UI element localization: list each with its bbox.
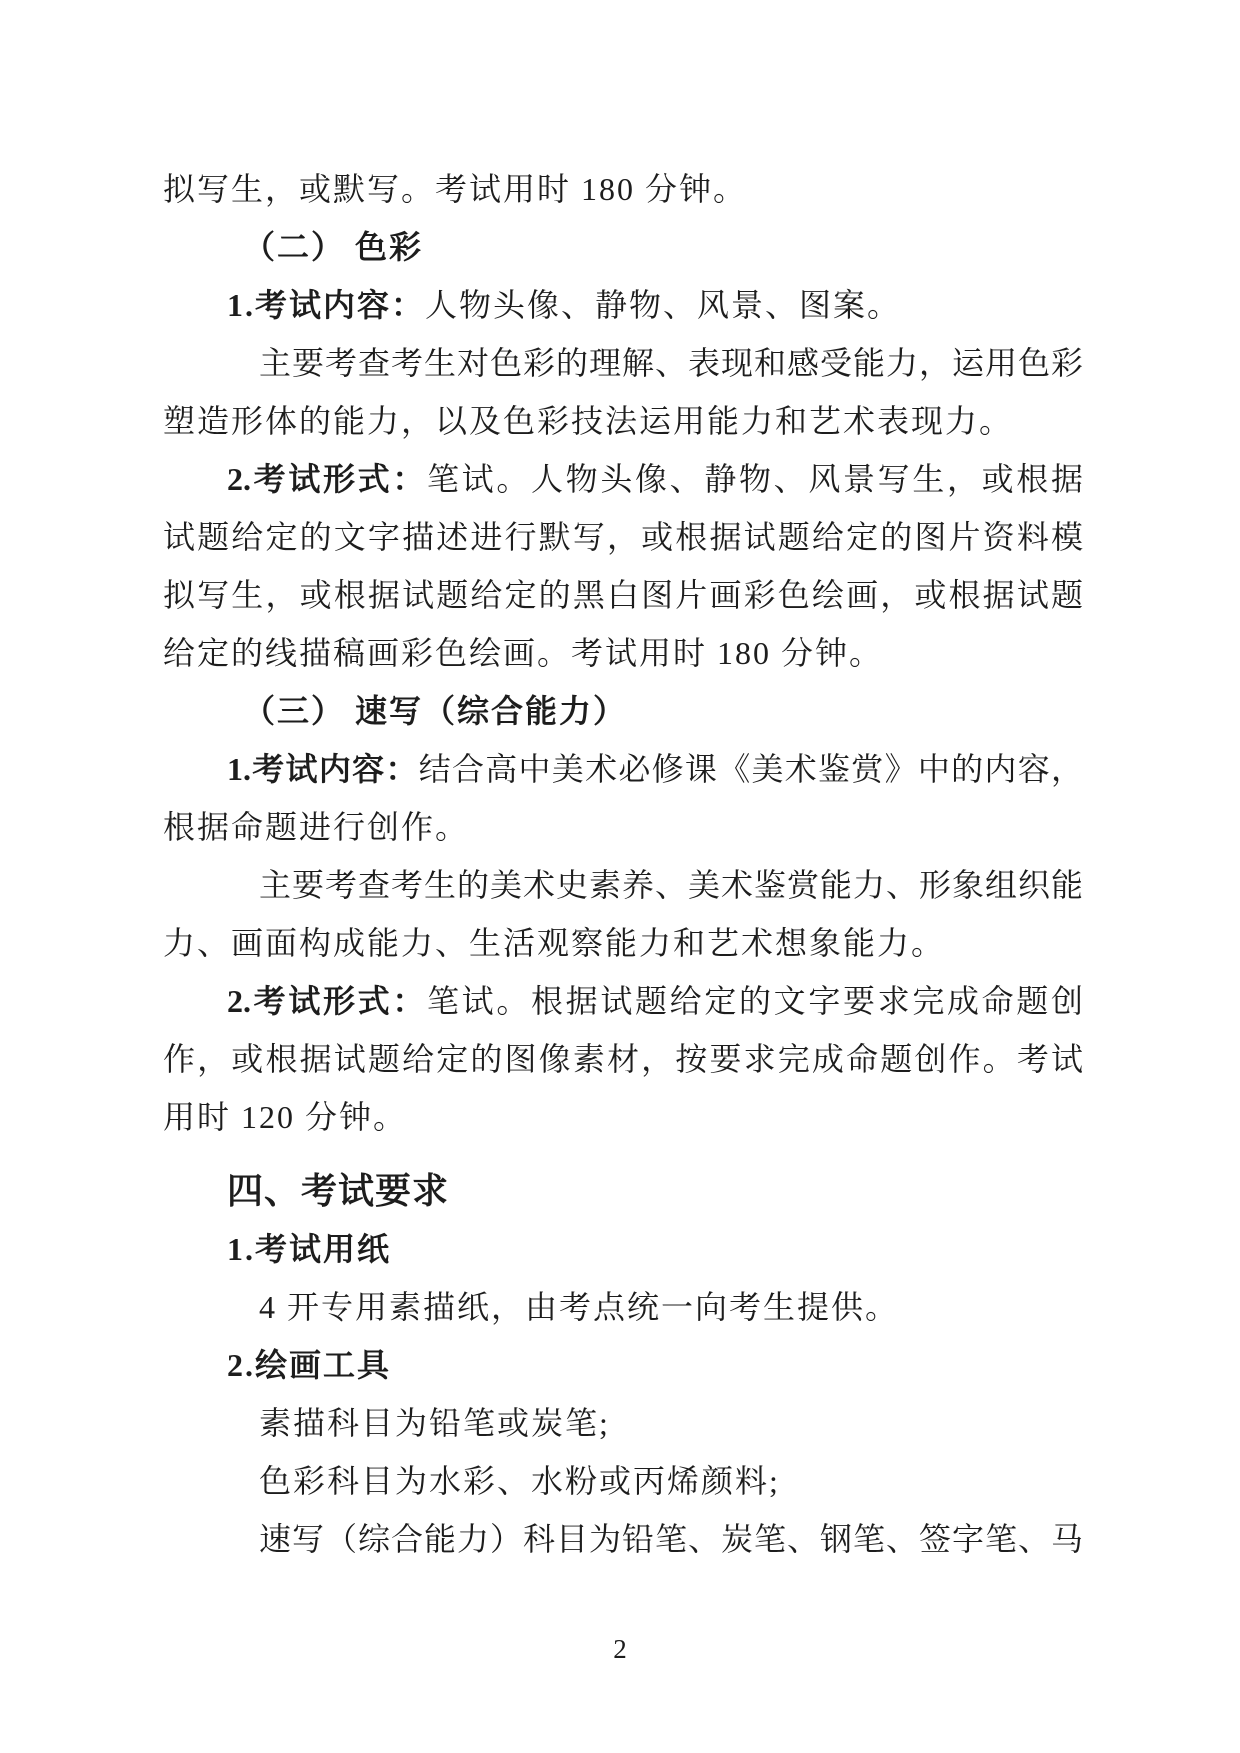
para-color-content: 1.考试内容：人物头像、静物、风景、图案。 (163, 276, 1083, 334)
heading-text: （三） 速写（综合能力） (243, 693, 627, 729)
page-number: 2 (0, 1634, 1240, 1665)
heading-text: 四、考试要求 (227, 1170, 449, 1211)
subheading-drawing-tools: 2.绘画工具 (163, 1336, 1083, 1394)
document-page: 拟写生，或默写。考试用时 180 分钟。 （二） 色彩 1.考试内容：人物头像、… (0, 0, 1240, 1753)
para-color-focus-line1: 主要考查考生对色彩的理解、表现和感受能力，运用色彩 (163, 334, 1083, 392)
line-text: 素描科目为铅笔或炭笔; (259, 1405, 610, 1441)
line-text: 塑造形体的能力，以及色彩技法运用能力和艺术表现力。 (163, 403, 1013, 439)
line-text: 笔试。人物头像、静物、风景写生，或根据 (427, 461, 1083, 497)
para-color-form-line4: 给定的线描稿画彩色绘画。考试用时 180 分钟。 (163, 624, 1083, 682)
para-sketch-focus-line2: 力、画面构成能力、生活观察能力和艺术想象能力。 (163, 914, 1083, 972)
run-in-label: 1.考试内容： (227, 287, 425, 323)
para-sumiao-form-cont: 拟写生，或默写。考试用时 180 分钟。 (163, 160, 1083, 218)
para-sketch-form-line1: 2.考试形式：笔试。根据试题给定的文字要求完成命题创 (163, 972, 1083, 1030)
para-sketch-focus-line1: 主要考查考生的美术史素养、美术鉴赏能力、形象组织能 (163, 856, 1083, 914)
line-text: 拟写生，或根据试题给定的黑白图片画彩色绘画，或根据试题 (163, 577, 1083, 613)
para-color-focus-line2: 塑造形体的能力，以及色彩技法运用能力和艺术表现力。 (163, 392, 1083, 450)
line-text: 人物头像、静物、风景、图案。 (425, 287, 901, 323)
line-text: 力、画面构成能力、生活观察能力和艺术想象能力。 (163, 925, 945, 961)
heading-text: （二） 色彩 (243, 229, 423, 265)
para-color-form-line2: 试题给定的文字描述进行默写，或根据试题给定的图片资料模 (163, 508, 1083, 566)
para-sketch-form-line3: 用时 120 分钟。 (163, 1088, 1083, 1146)
run-in-label: 1.考试内容： (227, 751, 419, 787)
line-text: 试题给定的文字描述进行默写，或根据试题给定的图片资料模 (163, 519, 1083, 555)
line-text: 4 开专用素描纸，由考点统一向考生提供。 (259, 1289, 899, 1325)
line-text: 笔试。根据试题给定的文字要求完成命题创 (427, 983, 1083, 1019)
para-tools-suxie: 速写（综合能力）科目为铅笔、炭笔、钢笔、签字笔、马 (163, 1510, 1083, 1568)
line-text: 主要考查考生对色彩的理解、表现和感受能力，运用色彩 (259, 345, 1083, 381)
subheading-exam-paper: 1.考试用纸 (163, 1220, 1083, 1278)
para-color-form-line1: 2.考试形式：笔试。人物头像、静物、风景写生，或根据 (163, 450, 1083, 508)
line-text: 用时 120 分钟。 (163, 1099, 407, 1135)
para-sketch-form-line2: 作，或根据试题给定的图像素材，按要求完成命题创作。考试 (163, 1030, 1083, 1088)
line-text: 作，或根据试题给定的图像素材，按要求完成命题创作。考试 (163, 1041, 1083, 1077)
heading-section-two-color: （二） 色彩 (163, 218, 1083, 276)
line-text: 根据命题进行创作。 (163, 809, 469, 845)
line-text: 结合高中美术必修课《美术鉴赏》中的内容， (419, 751, 1083, 787)
line-text: 主要考查考生的美术史素养、美术鉴赏能力、形象组织能 (259, 867, 1083, 903)
para-sketch-content-line2: 根据命题进行创作。 (163, 798, 1083, 856)
para-tools-sumiao: 素描科目为铅笔或炭笔; (163, 1394, 1083, 1452)
para-color-form-line3: 拟写生，或根据试题给定的黑白图片画彩色绘画，或根据试题 (163, 566, 1083, 624)
para-sketch-content-line1: 1.考试内容：结合高中美术必修课《美术鉴赏》中的内容， (163, 740, 1083, 798)
line-text: 拟写生，或默写。考试用时 180 分钟。 (163, 171, 747, 207)
heading-text: 2.绘画工具 (227, 1347, 391, 1383)
run-in-label: 2.考试形式： (227, 983, 427, 1019)
line-text: 给定的线描稿画彩色绘画。考试用时 180 分钟。 (163, 635, 883, 671)
document-body: 拟写生，或默写。考试用时 180 分钟。 （二） 色彩 1.考试内容：人物头像、… (163, 160, 1083, 1568)
run-in-label: 2.考试形式： (227, 461, 427, 497)
line-text: 速写（综合能力）科目为铅笔、炭笔、钢笔、签字笔、马 (259, 1521, 1083, 1557)
heading-text: 1.考试用纸 (227, 1231, 391, 1267)
para-tools-secai: 色彩科目为水彩、水粉或丙烯颜料; (163, 1452, 1083, 1510)
para-exam-paper: 4 开专用素描纸，由考点统一向考生提供。 (163, 1278, 1083, 1336)
line-text: 色彩科目为水彩、水粉或丙烯颜料; (259, 1463, 780, 1499)
heading-section-four-requirements: 四、考试要求 (163, 1162, 1083, 1220)
heading-section-three-sketch: （三） 速写（综合能力） (163, 682, 1083, 740)
